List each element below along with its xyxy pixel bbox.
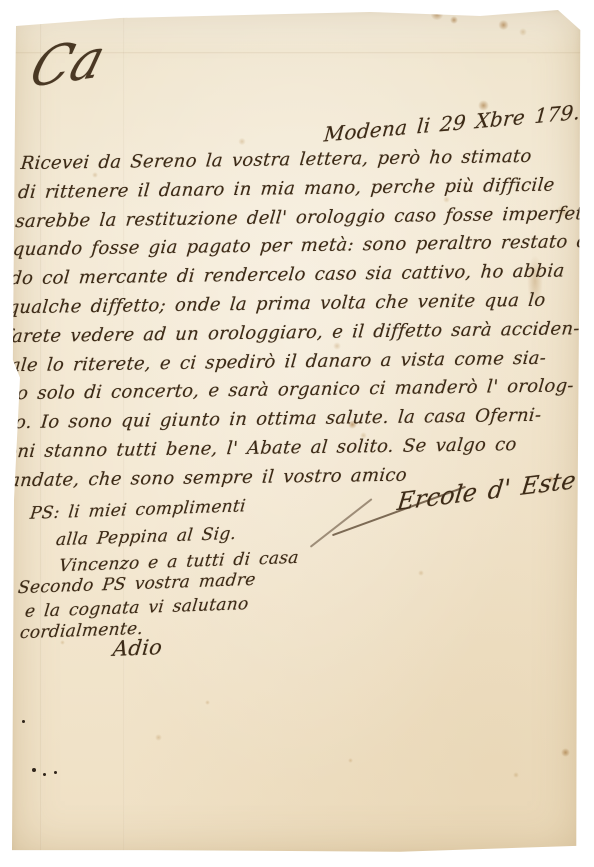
fox-spot	[238, 138, 246, 145]
postscript-line: alla Peppina al Sig.	[55, 524, 237, 550]
signature-flourish	[310, 498, 372, 547]
ink-speck	[54, 771, 57, 774]
postscript-line: PS: li miei complimenti	[29, 496, 247, 524]
fox-spot	[155, 734, 162, 741]
ink-speck	[32, 768, 36, 772]
ink-speck	[22, 720, 25, 723]
postscript-line: Adio	[112, 635, 164, 661]
fox-spot	[519, 28, 527, 36]
fox-spot	[205, 700, 210, 705]
fox-spot	[513, 772, 519, 778]
postscript-line: Secondo PS vostra madre	[17, 570, 257, 598]
fox-spot	[348, 758, 353, 763]
paper: Ca Modena li 29 Xbre 179. Ricevei da Ser…	[10, 8, 582, 856]
fox-spot	[561, 748, 570, 757]
fox-spot	[450, 16, 458, 24]
fox-spot	[498, 20, 509, 30]
scan-background: Ca Modena li 29 Xbre 179. Ricevei da Ser…	[0, 0, 594, 867]
dateline: Modena li 29 Xbre 179.	[323, 100, 581, 147]
fox-spot	[418, 570, 424, 576]
monogram: Ca	[23, 27, 112, 100]
postscript-line: e la cognata vi salutano	[24, 594, 250, 622]
ink-speck	[43, 773, 46, 776]
fox-spot	[430, 8, 444, 20]
letter-body: Ricevei da Sereno la vostra lettera, per…	[0, 142, 578, 496]
